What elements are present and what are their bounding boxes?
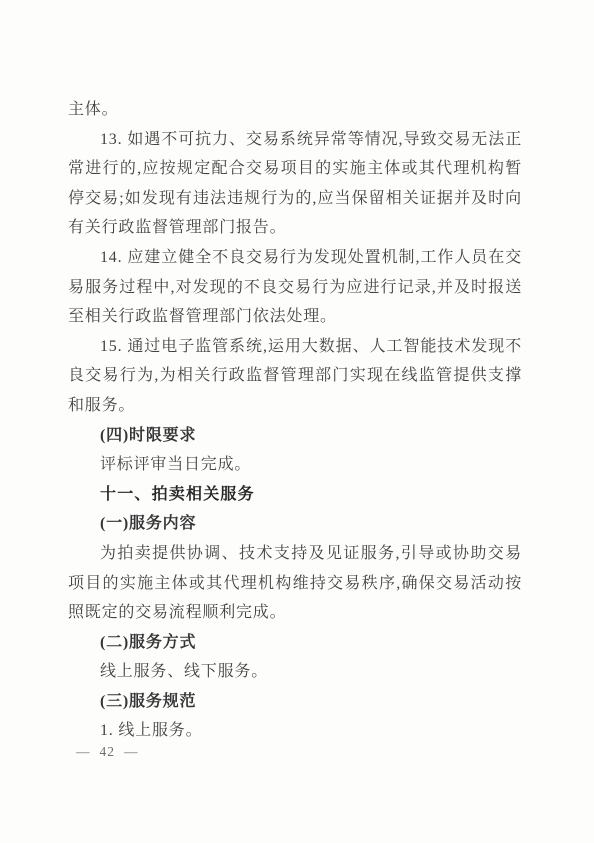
page-footer: —42— — [76, 744, 139, 760]
body-paragraph: 14. 应建立健全不良交易行为发现处置机制,工作人员在交易服务过程中,对发现的不… — [68, 243, 522, 332]
body-paragraph: 13. 如遇不可抗力、交易系统异常等情况,导致交易无法正常进行的,应按规定配合交… — [68, 125, 522, 243]
body-paragraph: 为拍卖提供协调、技术支持及见证服务,引导或协助交易项目的实施主体或其代理机构维持… — [68, 539, 522, 628]
body-paragraph: 15. 通过电子监管系统,运用大数据、人工智能技术发现不良交易行为,为相关行政监… — [68, 332, 522, 421]
chapter-heading: 十一、拍卖相关服务 — [68, 480, 522, 510]
footer-left-dash: — — [76, 744, 91, 759]
document-content: 主体。13. 如遇不可抗力、交易系统异常等情况,导致交易无法正常进行的,应按规定… — [68, 95, 522, 746]
body-paragraph: 1. 线上服务。 — [68, 716, 522, 746]
document-page: 主体。13. 如遇不可抗力、交易系统异常等情况,导致交易无法正常进行的,应按规定… — [0, 0, 594, 843]
body-paragraph: 线上服务、线下服务。 — [68, 657, 522, 687]
body-paragraph: 评标评审当日完成。 — [68, 450, 522, 480]
section-subheading: (三)服务规范 — [68, 687, 522, 717]
body-paragraph: 主体。 — [68, 95, 522, 125]
footer-right-dash: — — [124, 744, 139, 759]
page-number: 42 — [100, 744, 116, 760]
section-subheading: (四)时限要求 — [68, 421, 522, 451]
section-subheading: (一)服务内容 — [68, 509, 522, 539]
section-subheading: (二)服务方式 — [68, 628, 522, 658]
